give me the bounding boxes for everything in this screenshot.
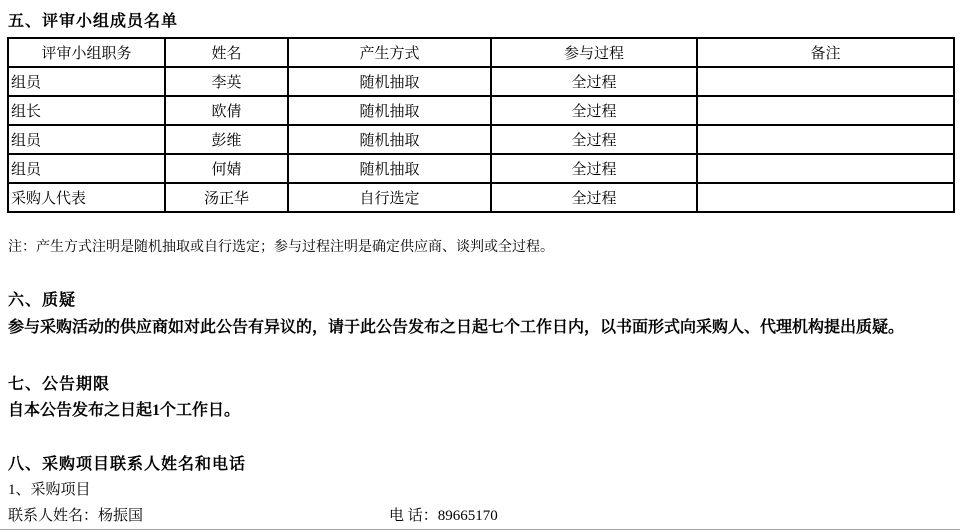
cell-process: 全过程: [491, 154, 697, 183]
section6-body: 参与采购活动的供应商如对此公告有异议的，请于此公告发布之日起七个工作日内，以书面…: [8, 314, 904, 337]
cell-remark: [697, 183, 954, 212]
section6-title: 六、质疑: [8, 287, 76, 310]
cell-method: 随机抽取: [288, 125, 491, 154]
section7-body: 自本公告发布之日起1个工作日。: [8, 397, 240, 420]
cell-method: 随机抽取: [288, 154, 491, 183]
cell-process: 全过程: [491, 96, 697, 125]
section7-title: 七、公告期限: [8, 371, 110, 394]
cell-role: 组员: [8, 67, 165, 96]
column-header-name: 姓名: [165, 38, 288, 67]
cell-process: 全过程: [491, 67, 697, 96]
table-row: 组长 欧倩 随机抽取 全过程: [8, 96, 954, 125]
table-row: 组员 李英 随机抽取 全过程: [8, 67, 954, 96]
table-header-row: 评审小组职务 姓名 产生方式 参与过程 备注: [8, 38, 954, 67]
table-note: 注：产生方式注明是随机抽取或自行选定；参与过程注明是确定供应商、谈判或全过程。: [8, 236, 554, 256]
column-header-process: 参与过程: [491, 38, 697, 67]
column-header-method: 产生方式: [288, 38, 491, 67]
cell-method: 自行选定: [288, 183, 491, 212]
cell-name: 何婧: [165, 154, 288, 183]
section5-title: 五、评审小组成员名单: [8, 8, 178, 31]
cell-remark: [697, 96, 954, 125]
cell-name: 汤正华: [165, 183, 288, 212]
cell-name: 李英: [165, 67, 288, 96]
cell-process: 全过程: [491, 183, 697, 212]
column-header-remark: 备注: [697, 38, 954, 67]
cell-method: 随机抽取: [288, 67, 491, 96]
cell-name: 欧倩: [165, 96, 288, 125]
cell-process: 全过程: [491, 125, 697, 154]
cell-remark: [697, 125, 954, 154]
review-team-table: 评审小组职务 姓名 产生方式 参与过程 备注 组员 李英 随机抽取 全过程 组长…: [7, 37, 955, 213]
cell-role: 采购人代表: [8, 183, 165, 212]
contact-phone: 电 话：89665170: [389, 504, 498, 525]
announcement-page: 五、评审小组成员名单 评审小组职务 姓名 产生方式 参与过程 备注 组员 李英 …: [0, 0, 960, 532]
cell-method: 随机抽取: [288, 96, 491, 125]
cell-name: 彭维: [165, 125, 288, 154]
table-row: 组员 何婧 随机抽取 全过程: [8, 154, 954, 183]
cell-role: 组员: [8, 154, 165, 183]
column-header-role: 评审小组职务: [8, 38, 165, 67]
section8-title: 八、采购项目联系人姓名和电话: [8, 451, 246, 474]
table-row: 组员 彭维 随机抽取 全过程: [8, 125, 954, 154]
cell-remark: [697, 154, 954, 183]
cell-role: 组长: [8, 96, 165, 125]
contact-name: 联系人姓名：杨振国: [8, 504, 143, 525]
cell-role: 组员: [8, 125, 165, 154]
table-row: 采购人代表 汤正华 自行选定 全过程: [8, 183, 954, 212]
cell-remark: [697, 67, 954, 96]
bottom-divider: [0, 529, 960, 530]
section8-item-label: 1、采购项目: [8, 478, 91, 499]
